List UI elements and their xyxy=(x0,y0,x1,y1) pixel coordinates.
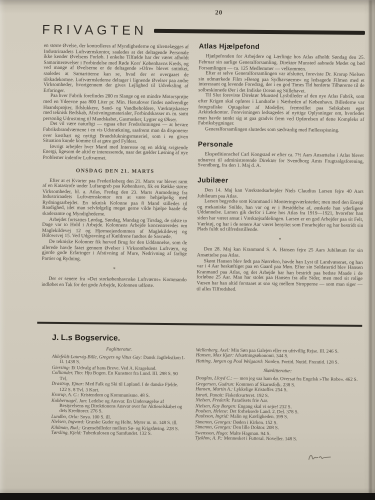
masthead: FRIVAGTEN xyxy=(42,23,365,39)
book-author: Drastrup, Ejnar: xyxy=(52,382,85,387)
book-entry-text: Soya. 100 S. ill. xyxy=(80,415,111,420)
section-divider-star: * xyxy=(42,267,187,274)
scan-right-edge xyxy=(369,0,372,500)
book-author: Hatting, Jørgen og Poul Welgaard: xyxy=(196,359,264,365)
paragraph: Skønt Hansen blev født paa Nørrebro, hav… xyxy=(196,259,362,294)
section-heading-personale: Personale xyxy=(198,141,364,150)
book-author: Tjekhov, A. P.: xyxy=(195,437,223,442)
paragraph: Ekspeditionschef Carl Kongstad er efter … xyxy=(198,152,364,170)
book-author: Giersing: xyxy=(52,366,70,371)
left-column: en større Øvelse, der kontrolleres af My… xyxy=(42,44,189,290)
page-number: 20 xyxy=(215,9,223,16)
book-author: Lundbo, Orla: xyxy=(51,415,79,420)
paragraph: Efter at selve Generalforsamlingen var a… xyxy=(198,71,364,95)
book-author: Krarup, A. C.: xyxy=(51,393,79,398)
right-column: Atlas Hjælpefond Hjælpefonden for Arbejd… xyxy=(196,43,364,294)
book-category-faglitteratur: Faglitteratur. xyxy=(52,347,186,354)
paragraph: De tekniske Kolonner fik herved Brug for… xyxy=(42,240,187,264)
paragraph: Generalforsamlingen sluttedes som sædvan… xyxy=(198,127,364,134)
paragraph: Efter at et Kvarter paa Frederiksberg de… xyxy=(42,178,187,219)
book-author: Kobbernagel, Jan: xyxy=(51,399,87,404)
book-category-skonlitteratur: Skønlitteratur: xyxy=(196,369,360,376)
paragraph: Der er senere fra »Det storkøbenhavnske … xyxy=(42,277,187,290)
page-content: 20 FRIVAGTEN en større Øvelse, der kontr… xyxy=(0,0,375,500)
book-entry: Hatting, Jørgen og Poul Welgaard: Norden… xyxy=(196,359,360,366)
bookservice-title: J. L.s Bogservice. xyxy=(52,333,360,345)
paragraph: Larsen begyndte som Kranmand i Montering… xyxy=(197,200,363,235)
paragraph: Til Slut foreviste Direktør Munsted Lysb… xyxy=(198,94,364,129)
paragraph: Det vil være naturligt — ogsaa efter Fre… xyxy=(43,122,188,146)
book-entry: Tjekhov, A. P.: Mennesket i Futteral. No… xyxy=(195,437,359,444)
section-heading-atlas-hjaelpefond: Atlas Hjælpefond xyxy=(199,43,365,52)
section-heading-jubilaeer: Jubilæer xyxy=(198,177,364,186)
section-rule xyxy=(37,322,362,327)
scan-bottom-edge xyxy=(0,493,375,500)
masthead-title: FRIVAGTEN xyxy=(42,23,147,37)
paragraph: Iøvrigt arbejder hver Mand med Interesse… xyxy=(43,145,188,163)
book-list-right: Wellenberg, Axel: Min Søn paa Galejen el… xyxy=(195,348,360,443)
book-entry: Kobbernagel, Jan: Ledelse og Ansvar. En … xyxy=(51,399,185,417)
book-list-left: Faglitteratur. Ahlefeldt-Laurvig-Bille, … xyxy=(51,347,186,442)
book-entry: Tørsling, Kjeld: Tuberkulosen og Samfund… xyxy=(51,431,185,438)
masthead-rule xyxy=(154,29,365,35)
bookservice-section: J. L.s Bogservice. Faglitteratur. Ahlefe… xyxy=(51,333,360,444)
paragraph: Hjælpefonden for Arbejdere og Lærlinge h… xyxy=(199,55,365,73)
printer-signature-mark-icon xyxy=(307,452,333,462)
book-author: Colliander, Tito: xyxy=(52,371,84,376)
section-divider-star: * xyxy=(197,238,363,245)
section-heading-date: ONSDAG DEN 21. MARTS xyxy=(43,168,188,175)
paragraph: Arbejdet fortsattes Lørdag, Søndag, Mand… xyxy=(42,218,187,242)
book-author: Kihlman, Rud.: xyxy=(51,426,80,431)
paragraph: Paa hver Fabrik forefindes 200 m Slange … xyxy=(43,94,188,123)
paragraph: en større Øvelse, der kontrolleres af My… xyxy=(43,44,188,96)
book-entry-text: Norden. Fortid. Nutid. Fremtid. 128 S. xyxy=(265,360,339,366)
book-author: Tørsling, Kjeld: xyxy=(51,431,82,436)
book-entry-text: Tuberkulosen og Samfundet. 132 S. xyxy=(83,432,152,438)
book-entry-text: Mennesket i Futteral. Noveller. 148 S. xyxy=(224,437,297,443)
book-author: Istrati, Panait: xyxy=(195,393,224,398)
magazine-page: 20 FRIVAGTEN en større Øvelse, der kontr… xyxy=(0,0,375,500)
